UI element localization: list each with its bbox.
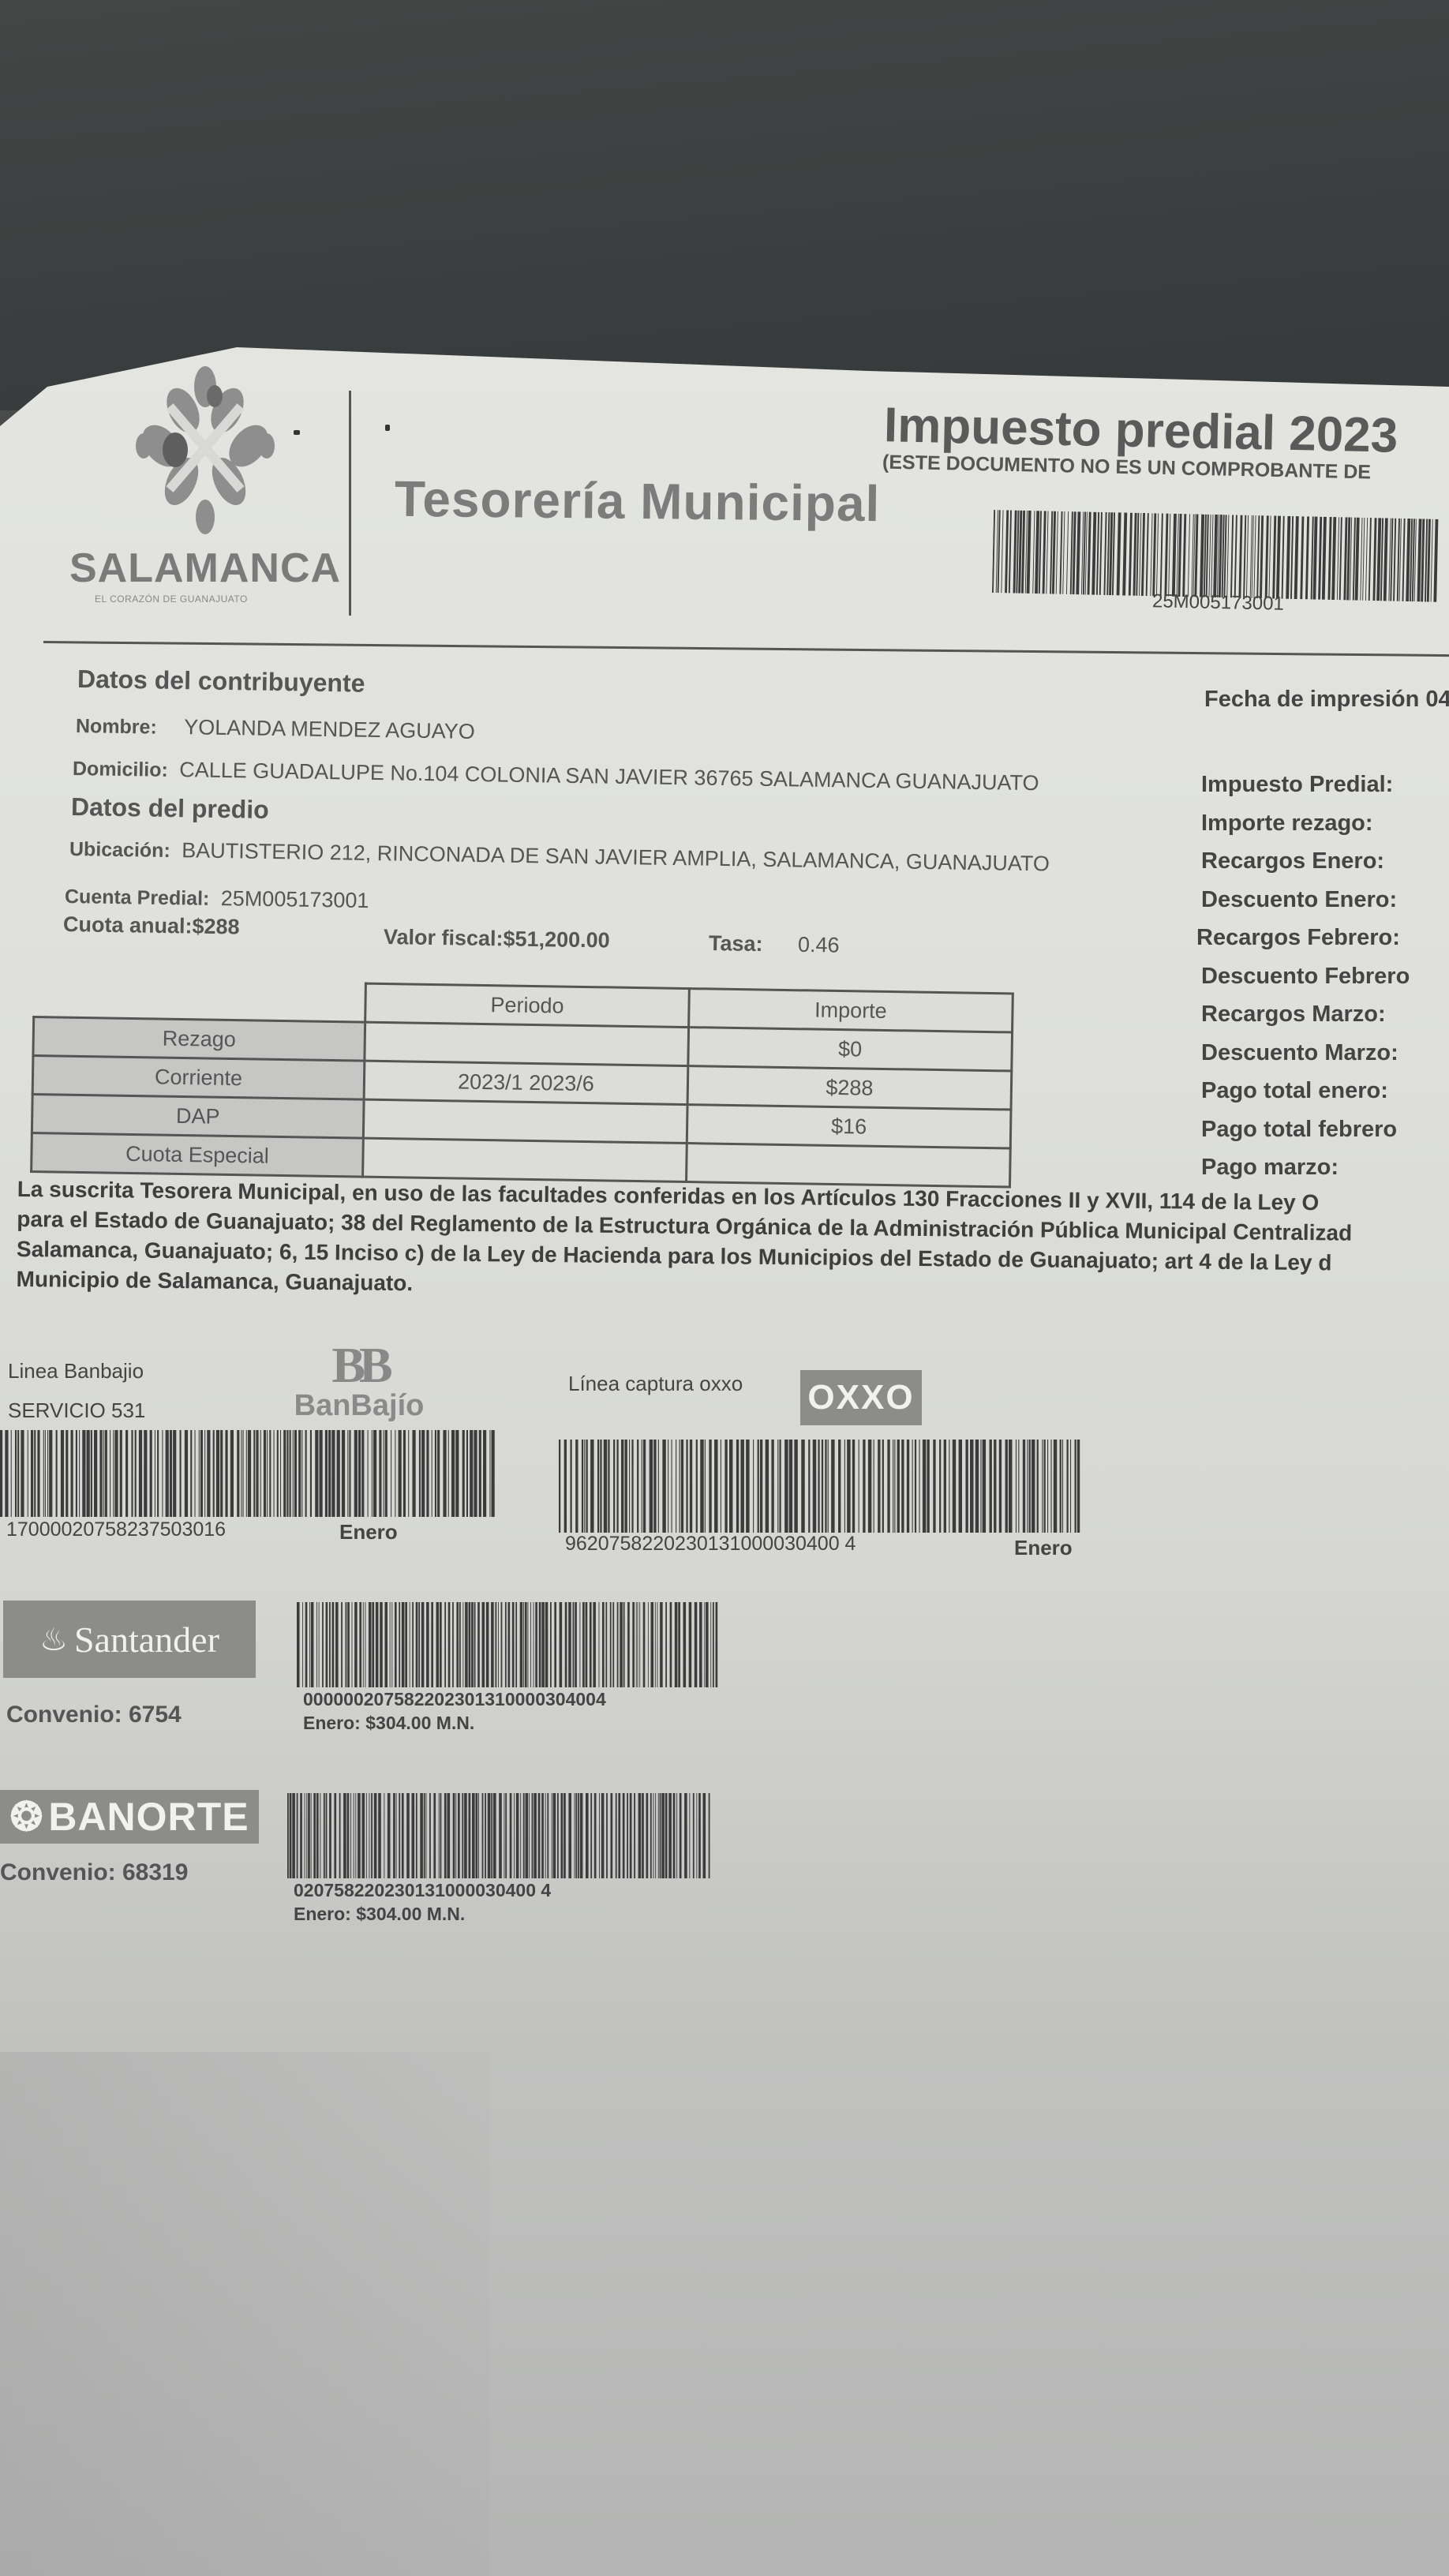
santander-logo: ♨ Santander (3, 1601, 256, 1678)
header-divider (349, 391, 351, 616)
print-date: Fecha de impresión 04 (1204, 687, 1449, 713)
amount-cell: $288 (687, 1066, 1012, 1110)
banorte-wordmark: BANORTE (48, 1794, 249, 1840)
oxxo-barcode (559, 1440, 1086, 1533)
annual-fee: Cuota anual:$288 (63, 912, 240, 940)
account-barcode (992, 510, 1443, 602)
oxxo-month: Enero (1014, 1536, 1073, 1560)
concept-cell: DAP (32, 1095, 364, 1139)
print-speck (294, 430, 300, 435)
charges-table: Periodo Importe Rezago $0 Corriente 2023… (30, 977, 1014, 1188)
summary-label: Pago marzo: (1201, 1155, 1339, 1181)
banorte-logo: ❂ BANORTE (0, 1790, 259, 1844)
banbajio-mark-icon: BB (280, 1342, 438, 1389)
banorte-reference: 020758220230131000030400 4 (294, 1880, 551, 1901)
banbajio-reference: 17000020758237503016 (6, 1518, 226, 1541)
santander-convenio: Convenio: 6754 (6, 1702, 182, 1728)
oxxo-reference: 9620758220230131000030400 4 (565, 1533, 856, 1556)
summary-label: Impuesto Predial: (1201, 772, 1393, 798)
banbajio-logo: BB BanBajío (280, 1342, 438, 1423)
amount-cell: $16 (687, 1105, 1011, 1148)
summary-label: Recargos Marzo: (1201, 1002, 1386, 1028)
header-period: Periodo (365, 983, 690, 1027)
property-account-row: Cuenta Predial: 25M005173001 (65, 884, 369, 913)
concept-cell: Cuota Especial (32, 1133, 364, 1177)
oxxo-label: Línea captura oxxo (568, 1372, 743, 1396)
banorte-barcode (287, 1793, 713, 1878)
account-barcode-number: 25M005173001 (1152, 590, 1284, 615)
contributor-section-title: Datos del contribuyente (77, 665, 365, 698)
desk-background (0, 0, 1449, 410)
concept-cell: Corriente (32, 1056, 365, 1100)
name-label: Nombre: (76, 715, 157, 739)
summary-label: Recargos Febrero: (1196, 925, 1400, 951)
summary-label: Pago total febrero (1201, 1117, 1397, 1143)
rate-value: 0.46 (798, 933, 840, 957)
office-title: Tesorería Municipal (395, 470, 881, 533)
contributor-name: YOLANDA MENDEZ AGUAYO (184, 715, 475, 743)
summary-label: Recargos Enero: (1201, 848, 1384, 874)
rate-label: Tasa: (709, 931, 763, 956)
period-cell (363, 1099, 687, 1143)
amount-cell (687, 1144, 1011, 1187)
santander-reference: 000000207582202301310000304004 (303, 1689, 606, 1710)
summary-label: Pago total enero: (1201, 1078, 1388, 1104)
fiscal-value: Valor fiscal:$51,200.00 (384, 925, 610, 953)
legal-text: La suscrita Tesorera Municipal, en uso d… (16, 1174, 1449, 1310)
santander-barcode (297, 1602, 719, 1687)
header-amount: Importe (689, 989, 1013, 1032)
summary-label: Descuento Enero: (1201, 887, 1397, 913)
summary-label: Importe rezago: (1201, 811, 1373, 837)
concept-cell: Rezago (33, 1017, 365, 1061)
banbajio-wordmark: BanBajío (280, 1389, 438, 1423)
banbajio-service: SERVICIO 531 (8, 1398, 145, 1423)
account-label: Cuenta Predial: (65, 885, 210, 910)
amount-cell: $0 (688, 1028, 1013, 1071)
property-section-title: Datos del predio (71, 792, 269, 825)
salamanca-logo: SALAMANCA EL CORAZÓN DE GUANAJUATO (63, 363, 347, 623)
summary-label: Descuento Marzo: (1201, 1040, 1398, 1066)
summary-label: Descuento Febrero (1201, 964, 1410, 990)
santander-amount: Enero: $304.00 M.N. (303, 1713, 474, 1734)
santander-wordmark: Santander (74, 1619, 219, 1661)
banorte-convenio: Convenio: 68319 (0, 1859, 188, 1886)
period-cell (365, 1022, 689, 1065)
banorte-mark-icon: ❂ (9, 1794, 43, 1840)
santander-flame-icon: ♨ (39, 1621, 68, 1658)
paper-shadow (0, 2052, 489, 2576)
period-cell: 2023/1 2023/6 (364, 1061, 688, 1104)
municipality-tagline: EL CORAZÓN DE GUANAJUATO (95, 593, 248, 605)
rate-row: Tasa: 0.46 (709, 931, 840, 958)
oxxo-logo: OXXO (800, 1370, 922, 1425)
location-label: Ubicación: (69, 838, 170, 862)
municipality-name: SALAMANCA (69, 545, 341, 592)
print-speck (385, 425, 390, 431)
banbajio-month: Enero (339, 1520, 398, 1544)
salamanca-emblem-icon (126, 363, 284, 537)
address-label: Domicilio: (73, 758, 168, 781)
banbajio-label: Linea Banbajio (8, 1359, 144, 1383)
property-account: 25M005173001 (221, 886, 369, 912)
banbajio-barcode (0, 1430, 499, 1517)
banorte-amount: Enero: $304.00 M.N. (294, 1904, 465, 1925)
period-cell (363, 1138, 687, 1181)
